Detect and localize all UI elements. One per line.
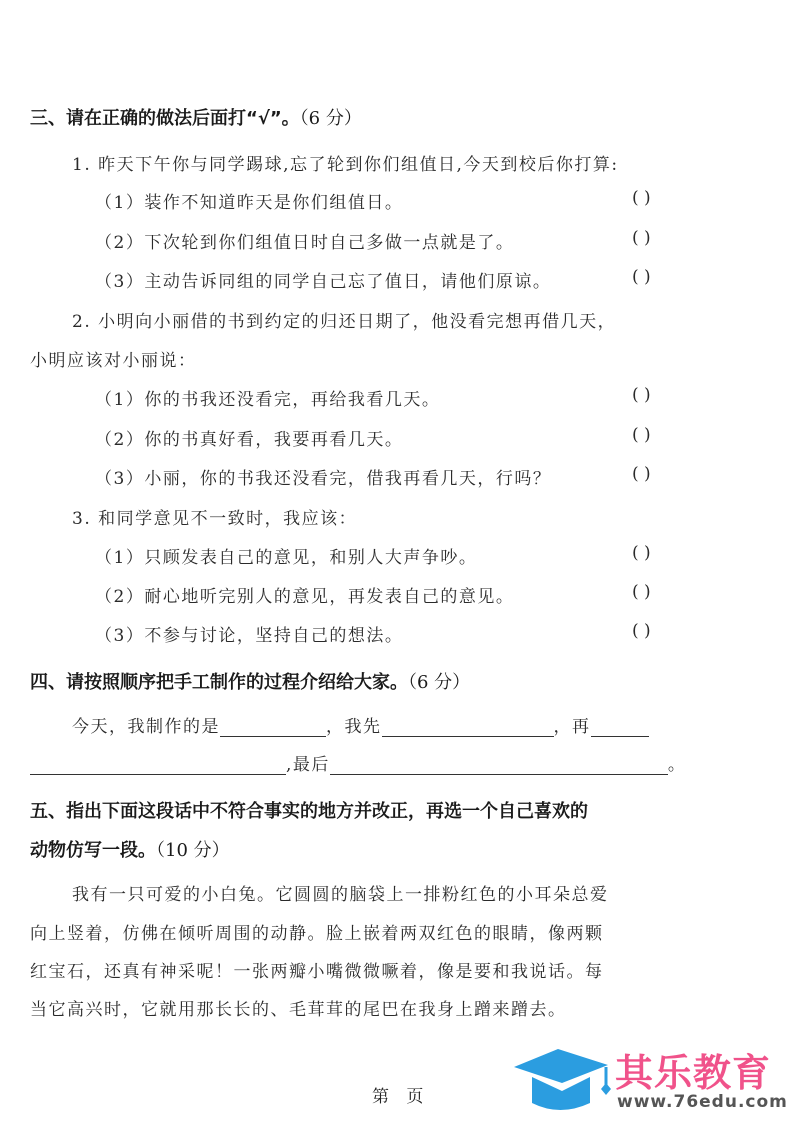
q3-option-2: （2）耐心地听完别人的意见，再发表自己的意见。 xyxy=(95,582,514,607)
blank-what-made[interactable] xyxy=(220,718,326,737)
line1-label-b: ，我先 xyxy=(326,717,382,737)
q3-answer-3[interactable]: ( ) xyxy=(632,621,651,641)
paragraph-line-2: 向上竖着，仿佛在倾听周围的动静。脸上嵌着两双红色的眼睛，像两颗 xyxy=(30,919,604,944)
q2-option-3: （3）小丽，你的书我还没看完，借我再看几天，行吗？ xyxy=(95,464,551,489)
section3-heading: 三、请在正确的做法后面打“√”。（6 分） xyxy=(30,104,362,130)
q1-answer-1[interactable]: ( ) xyxy=(632,188,651,208)
q3-option-3: （3）不参与讨论，坚持自己的想法。 xyxy=(95,621,403,646)
section3-points: （6 分） xyxy=(300,108,362,129)
section4-line1: 今天，我制作的是，我先，再 xyxy=(72,712,649,737)
q2-option-2: （2）你的书真好看，我要再看几天。 xyxy=(95,425,403,450)
q1-answer-2[interactable]: ( ) xyxy=(632,228,651,248)
section5-heading-line2: 动物仿写一段。（10 分） xyxy=(30,836,230,862)
q3-option-1: （1）只顾发表自己的意见，和别人大声争吵。 xyxy=(95,543,477,568)
section4-line2: ,最后。 xyxy=(30,750,686,775)
paragraph-line-3: 红宝石，还真有神采呢！一张两瓣小嘴微微噘着，像是要和我说话。每 xyxy=(30,957,604,982)
blank-last-step[interactable] xyxy=(330,756,668,775)
line1-label-c: ，再 xyxy=(554,717,591,737)
q2-answer-1[interactable]: ( ) xyxy=(632,385,651,405)
section4-points: （6 分） xyxy=(408,672,470,693)
blank-first-step[interactable] xyxy=(382,718,554,737)
section3-title: 三、请在正确的做法后面打“√”。 xyxy=(30,108,300,129)
blank-then-step-start[interactable] xyxy=(591,718,649,737)
q2-stem-line2: 小明应该对小丽说： xyxy=(30,346,197,371)
q2-answer-3[interactable]: ( ) xyxy=(632,464,651,484)
logo-url: www.76edu.com xyxy=(617,1092,788,1112)
section4-title: 四、请按照顺序把手工制作的过程介绍给大家。 xyxy=(30,672,408,693)
q1-option-2: （2）下次轮到你们组值日时自己多做一点就是了。 xyxy=(95,228,514,253)
section5-title-line2: 动物仿写一段。 xyxy=(30,840,156,861)
section5-points: （10 分） xyxy=(156,840,230,861)
q3-answer-2[interactable]: ( ) xyxy=(632,582,651,602)
q2-option-1: （1）你的书我还没看完，再给我看几天。 xyxy=(95,385,440,410)
q2-stem-line1: 2. 小明向小丽借的书到约定的归还日期了，他没看完想再借几天， xyxy=(72,307,616,332)
line2-label-a: ,最后 xyxy=(286,755,330,775)
line2-end: 。 xyxy=(668,755,687,775)
section5-title-line1: 五、指出下面这段话中不符合事实的地方并改正，再选一个自己喜欢的 xyxy=(30,797,588,823)
q1-answer-3[interactable]: ( ) xyxy=(632,267,651,287)
q1-stem: 1. 昨天下午你与同学踢球,忘了轮到你们组值日,今天到校后你打算: xyxy=(72,150,619,175)
q1-option-1: （1）装作不知道昨天是你们组值日。 xyxy=(95,188,403,213)
q3-stem: 3. 和同学意见不一致时，我应该： xyxy=(72,504,357,529)
paragraph-line-4: 当它高兴时，它就用那长长的、毛茸茸的尾巴在我身上蹭来蹭去。 xyxy=(30,995,567,1020)
page-number-label: 第 页 xyxy=(372,1082,429,1107)
q3-answer-1[interactable]: ( ) xyxy=(632,543,651,563)
line1-label-a: 今天，我制作的是 xyxy=(72,717,220,737)
blank-then-step[interactable] xyxy=(30,756,286,775)
graduation-cap-icon xyxy=(512,1045,612,1115)
paragraph-line-1: 我有一只可爱的小白兔。它圆圆的脑袋上一排粉红色的小耳朵总爱 xyxy=(72,880,609,905)
logo-title: 其乐教育 xyxy=(615,1042,771,1097)
q2-answer-2[interactable]: ( ) xyxy=(632,425,651,445)
q1-option-3: （3）主动告诉同组的同学自己忘了值日，请他们原谅。 xyxy=(95,267,551,292)
section4-heading: 四、请按照顺序把手工制作的过程介绍给大家。（6 分） xyxy=(30,668,470,694)
